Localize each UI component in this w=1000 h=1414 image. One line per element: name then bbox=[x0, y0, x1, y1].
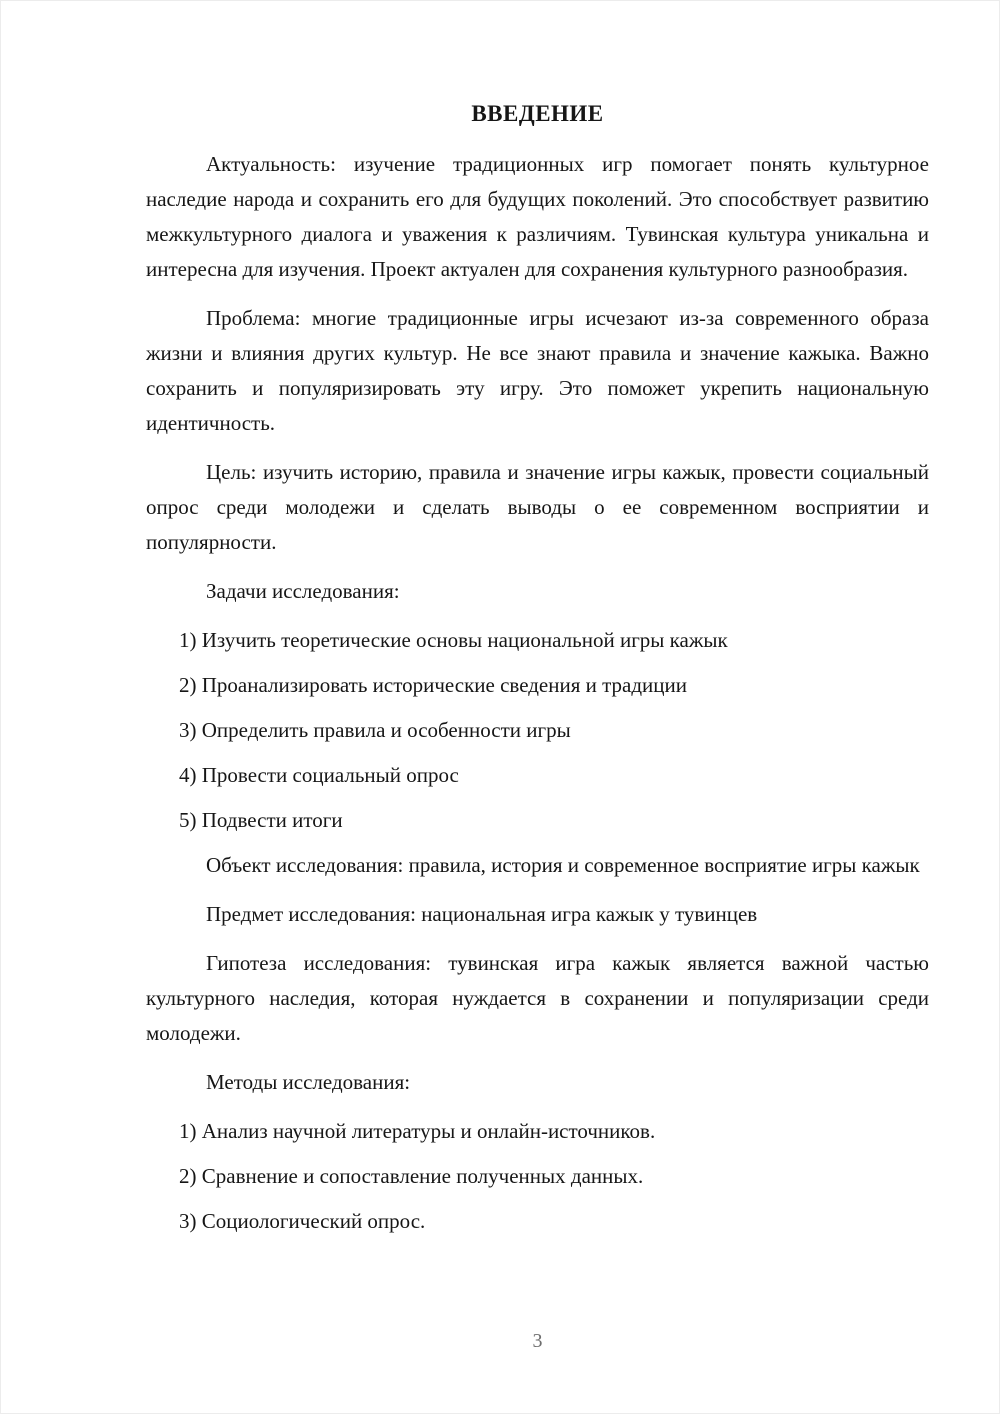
paragraph-actuality: Актуальность: изучение традиционных игр … bbox=[146, 147, 929, 287]
task-item-5: 5) Подвести итоги bbox=[146, 803, 929, 838]
task-item-1: 1) Изучить теоретические основы национал… bbox=[146, 623, 929, 658]
paragraph-problem: Проблема: многие традиционные игры исчез… bbox=[146, 301, 929, 441]
paragraph-subject: Предмет исследования: национальная игра … bbox=[146, 897, 929, 932]
document-page: ВВЕДЕНИЕ Актуальность: изучение традицио… bbox=[0, 0, 1000, 1414]
task-item-2: 2) Проанализировать исторические сведени… bbox=[146, 668, 929, 703]
task-item-3: 3) Определить правила и особенности игры bbox=[146, 713, 929, 748]
tasks-header: Задачи исследования: bbox=[146, 574, 929, 609]
tasks-list: 1) Изучить теоретические основы национал… bbox=[146, 623, 929, 838]
paragraph-object: Объект исследования: правила, история и … bbox=[146, 848, 929, 883]
paragraph-goal: Цель: изучить историю, правила и значени… bbox=[146, 455, 929, 560]
method-item-3: 3) Социологический опрос. bbox=[146, 1204, 929, 1239]
page-title: ВВЕДЕНИЕ bbox=[146, 96, 929, 131]
methods-list: 1) Анализ научной литературы и онлайн-ис… bbox=[146, 1114, 929, 1239]
method-item-1: 1) Анализ научной литературы и онлайн-ис… bbox=[146, 1114, 929, 1149]
methods-header: Методы исследования: bbox=[146, 1065, 929, 1100]
paragraph-hypothesis: Гипотеза исследования: тувинская игра ка… bbox=[146, 946, 929, 1051]
method-item-2: 2) Сравнение и сопоставление полученных … bbox=[146, 1159, 929, 1194]
task-item-4: 4) Провести социальный опрос bbox=[146, 758, 929, 793]
page-number: 3 bbox=[146, 1327, 929, 1355]
